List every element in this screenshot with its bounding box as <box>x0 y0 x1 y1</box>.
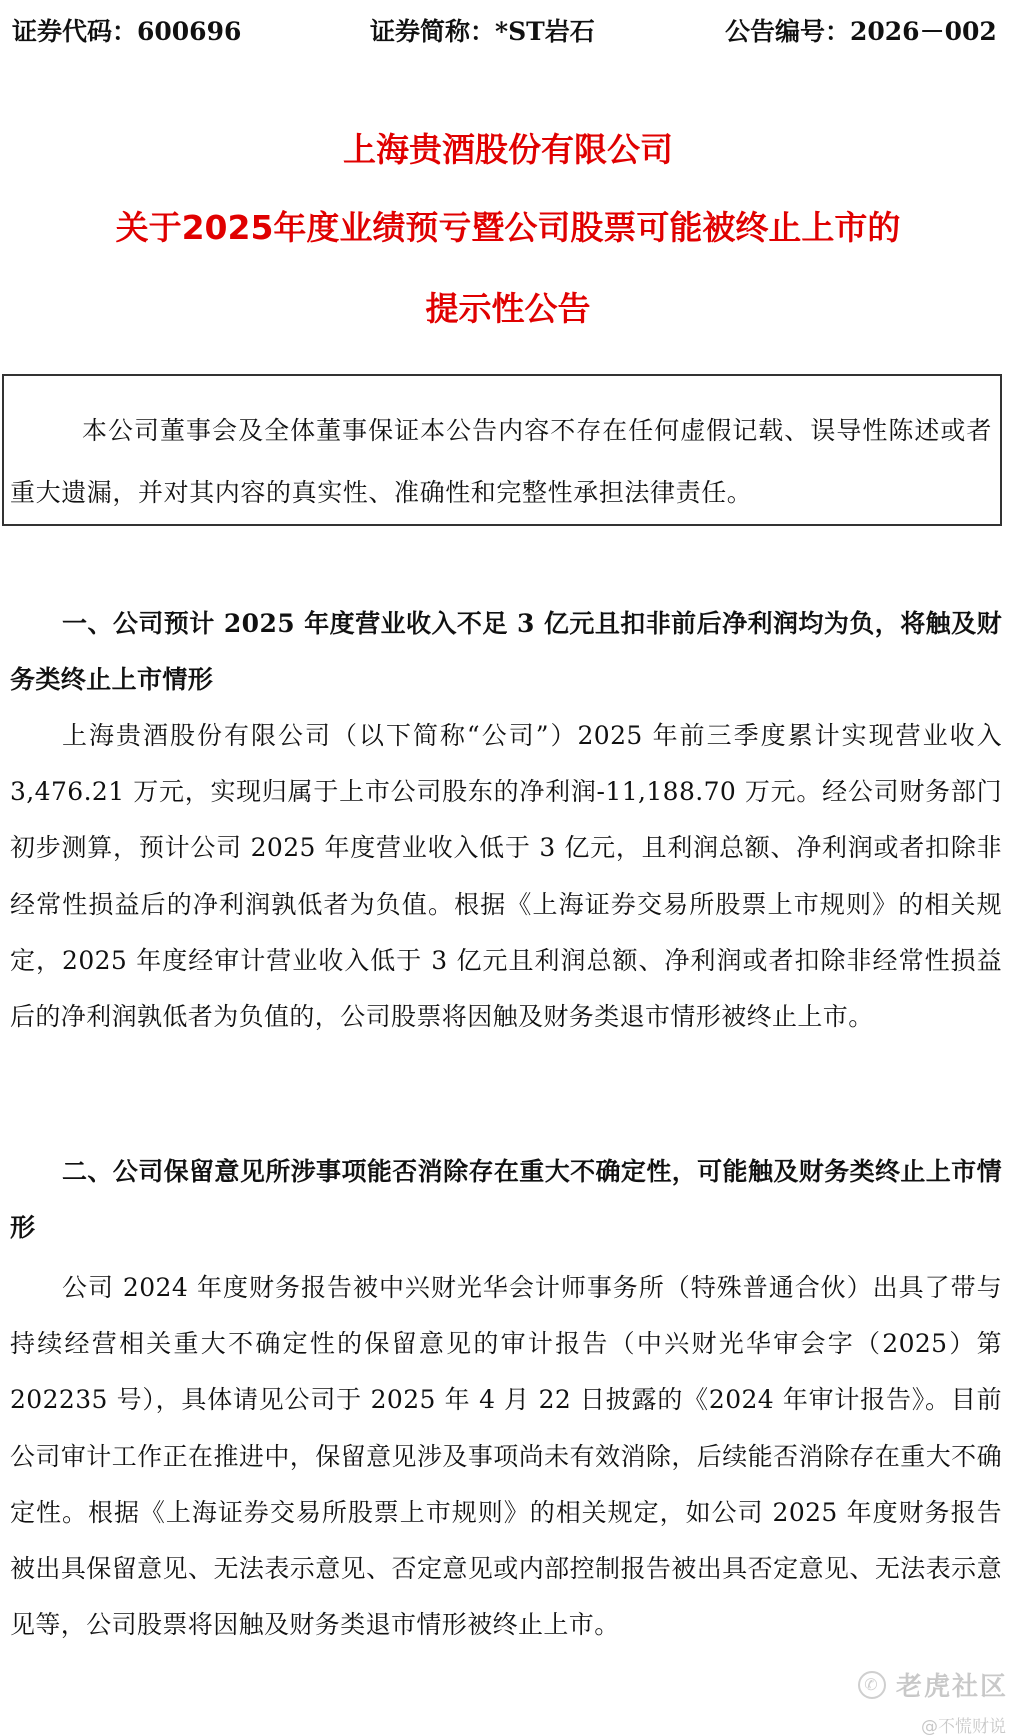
section-1-body-block: 上海贵酒股份有限公司（以下简称“公司”）2025 年前三季度累计实现营业收入 3… <box>10 708 1002 1045</box>
section-2-heading-block: 二、公司保留意见所涉事项能否消除存在重大不确定性，可能触及财务类终止上市情形 <box>10 1144 1002 1256</box>
announcement-title-line-3: 提示性公告 <box>0 283 1016 330</box>
watermark-brand-text: 老虎社区 <box>896 1666 1008 1703</box>
stock-abbreviation: 证券简称：*ST岩石 <box>370 12 595 48</box>
announcement-header: 证券代码：600696 证券简称：*ST岩石 公告编号：2026－002 <box>12 8 1004 48</box>
board-guarantee-text: 本公司董事会及全体董事保证本公告内容不存在任何虚假记载、误导性陈述或者重大遗漏，… <box>10 400 992 524</box>
tiger-community-logo-icon: ✆ <box>858 1671 886 1699</box>
section-2-body-block: 公司 2024 年度财务报告被中兴财光华会计师事务所（特殊普通合伙）出具了带与持… <box>10 1260 1002 1653</box>
announcement-number: 公告编号：2026－002 <box>725 12 997 48</box>
section-2-body: 公司 2024 年度财务报告被中兴财光华会计师事务所（特殊普通合伙）出具了带与持… <box>10 1260 1002 1653</box>
section-1-heading: 一、公司预计 2025 年度营业收入不足 3 亿元且扣非前后净利润均为负，将触及… <box>10 596 1002 708</box>
section-2-heading: 二、公司保留意见所涉事项能否消除存在重大不确定性，可能触及财务类终止上市情形 <box>10 1144 1002 1256</box>
announcement-title-line-2: 关于2025年度业绩预亏暨公司股票可能被终止上市的 <box>0 202 1016 249</box>
stock-code: 证券代码：600696 <box>12 12 241 48</box>
section-1-body: 上海贵酒股份有限公司（以下简称“公司”）2025 年前三季度累计实现营业收入 3… <box>10 708 1002 1045</box>
watermark-author: @不慌财说 <box>921 1712 1006 1735</box>
company-title: 上海贵酒股份有限公司 <box>0 124 1016 171</box>
watermark-brand: ✆ 老虎社区 <box>858 1666 1008 1703</box>
board-guarantee-notice-box: 本公司董事会及全体董事保证本公告内容不存在任何虚假记载、误导性陈述或者重大遗漏，… <box>2 374 1002 526</box>
section-1-heading-block: 一、公司预计 2025 年度营业收入不足 3 亿元且扣非前后净利润均为负，将触及… <box>10 596 1002 708</box>
